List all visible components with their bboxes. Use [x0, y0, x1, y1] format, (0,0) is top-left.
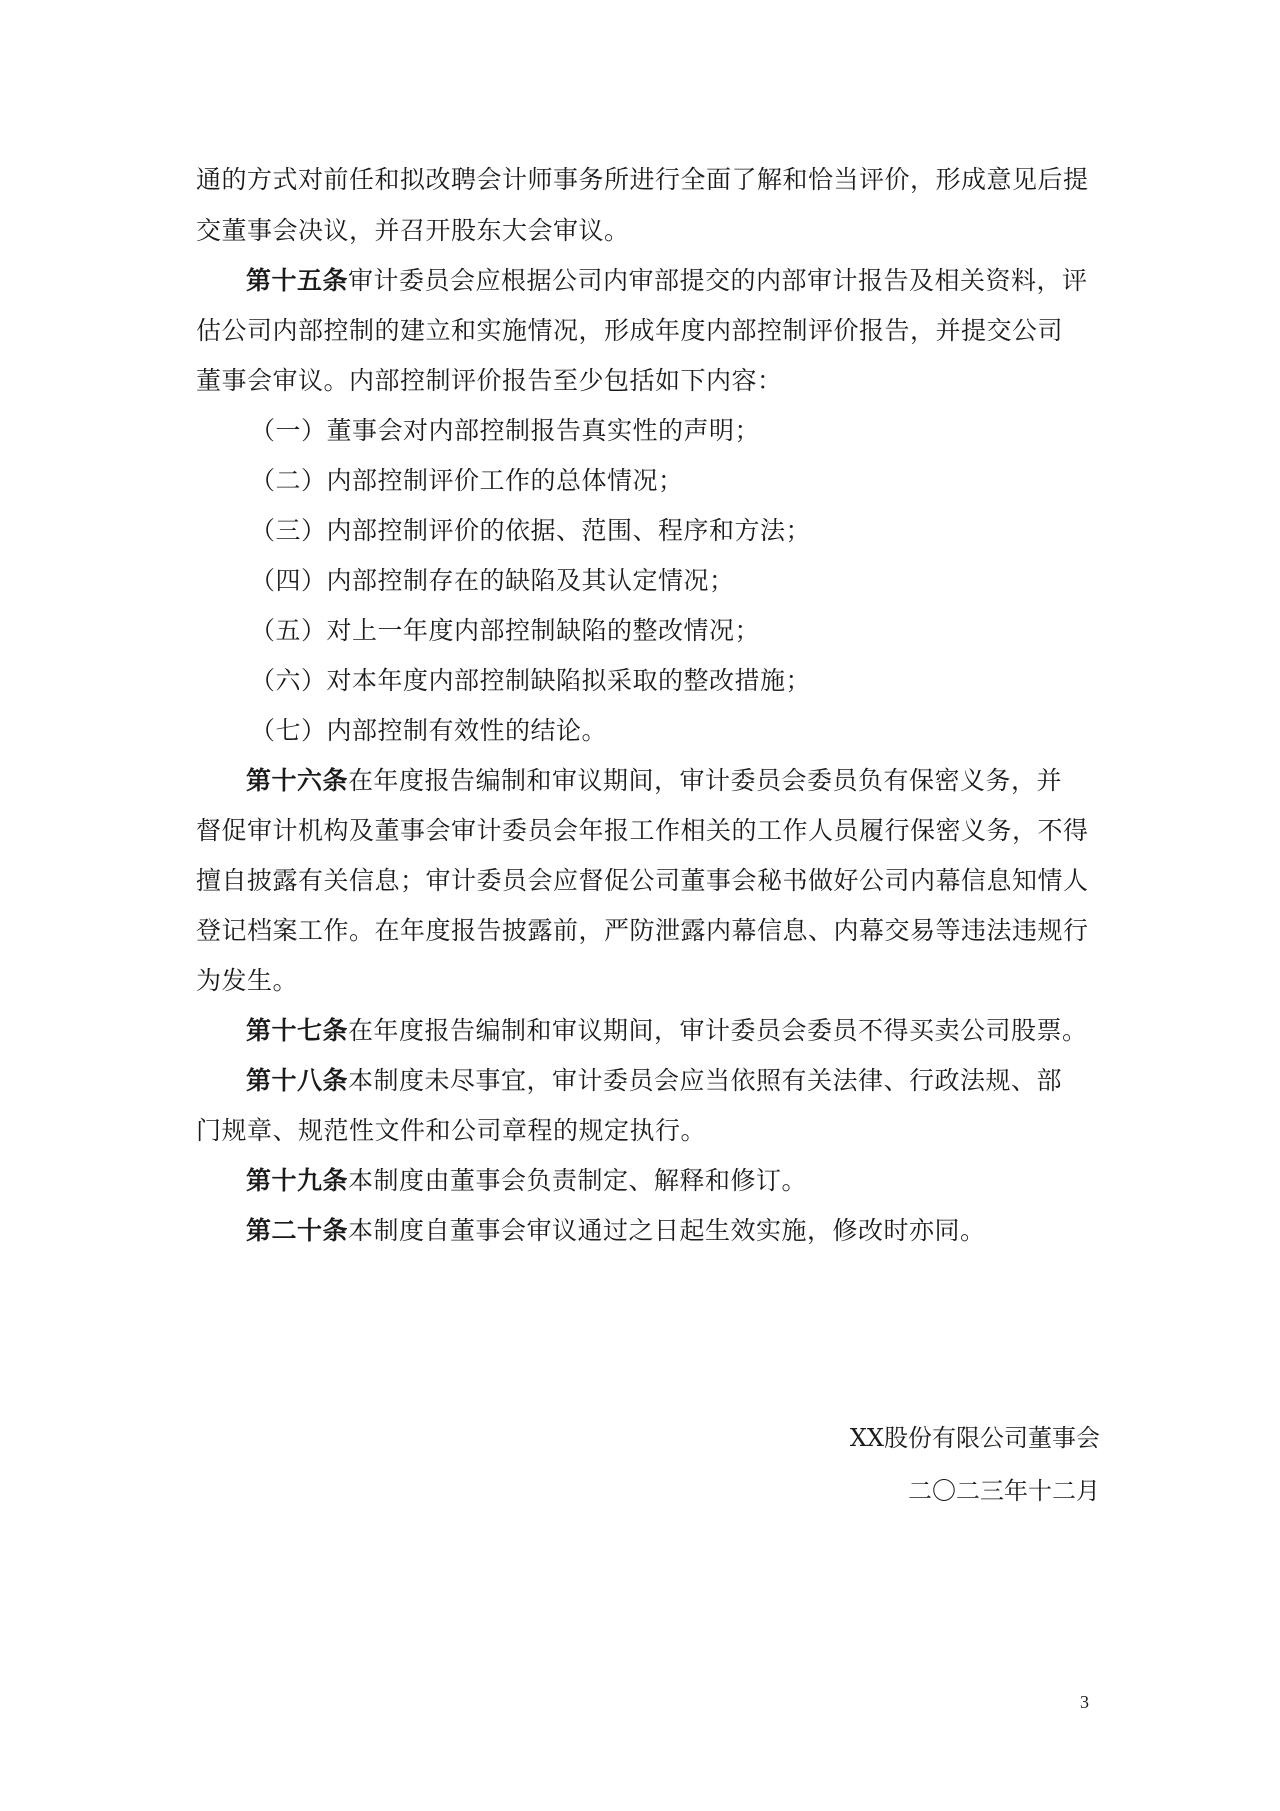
signature-issuer: XX股份有限公司董事会 [850, 1423, 1100, 1453]
text-line: 登记档案工作。在年度报告披露前，严防泄露内幕信息、内幕交易等违法违规行 [196, 916, 1089, 946]
article-18: 第十八条本制度未尽事宜，审计委员会应当依照有关法律、行政法规、部 [246, 1066, 1062, 1096]
article-label: 第十五条 [246, 266, 348, 295]
text-line: 董事会审议。内部控制评价报告至少包括如下内容： [196, 366, 783, 396]
article-16: 第十六条在年度报告编制和审议期间，审计委员会委员负有保密义务，并 [246, 766, 1062, 796]
list-item: （四）内部控制存在的缺陷及其认定情况； [250, 566, 735, 596]
article-label: 第十八条 [246, 1066, 348, 1095]
list-item: （三）内部控制评价的依据、范围、程序和方法； [250, 516, 811, 546]
document-page: 通的方式对前任和拟改聘会计师事务所进行全面了解和恰当评价，形成意见后提 交董事会… [0, 0, 1280, 1811]
text-line: 督促审计机构及董事会审计委员会年报工作相关的工作人员履行保密义务，不得 [196, 816, 1089, 846]
article-17: 第十七条在年度报告编制和审议期间，审计委员会委员不得买卖公司股票。 [246, 1016, 1088, 1046]
list-item: （五）对上一年度内部控制缺陷的整改情况； [250, 616, 760, 646]
page-number: 3 [1080, 1692, 1089, 1713]
text-line: 交董事会决议，并召开股东大会审议。 [196, 216, 630, 246]
text-line: 审计委员会应根据公司内审部提交的内部审计报告及相关资料，评 [348, 266, 1088, 295]
text-line: 估公司内部控制的建立和实施情况，形成年度内部控制评价报告，并提交公司 [196, 316, 1063, 346]
text-line: 为发生。 [196, 966, 298, 996]
article-label: 第二十条 [246, 1216, 348, 1245]
text-line: 门规章、规范性文件和公司章程的规定执行。 [196, 1116, 706, 1146]
text-line: 在年度报告编制和审议期间，审计委员会委员不得买卖公司股票。 [348, 1016, 1088, 1045]
text-line: 本制度自董事会审议通过之日起生效实施，修改时亦同。 [348, 1216, 986, 1245]
signature-date: 二〇二三年十二月 [908, 1476, 1100, 1506]
text-line: 擅自披露有关信息；审计委员会应督促公司董事会秘书做好公司内幕信息知情人 [196, 866, 1089, 896]
text-line: 通的方式对前任和拟改聘会计师事务所进行全面了解和恰当评价，形成意见后提 [196, 165, 1089, 195]
text-line: 在年度报告编制和审议期间，审计委员会委员负有保密义务，并 [348, 766, 1062, 795]
article-15: 第十五条审计委员会应根据公司内审部提交的内部审计报告及相关资料，评 [246, 266, 1088, 296]
article-19: 第十九条本制度由董事会负责制定、解释和修订。 [246, 1166, 807, 1196]
article-label: 第十九条 [246, 1166, 348, 1195]
list-item: （二）内部控制评价工作的总体情况； [250, 466, 684, 496]
list-item: （七）内部控制有效性的结论。 [250, 716, 607, 746]
list-item: （一）董事会对内部控制报告真实性的声明； [250, 416, 760, 446]
article-label: 第十六条 [246, 766, 348, 795]
article-20: 第二十条本制度自董事会审议通过之日起生效实施，修改时亦同。 [246, 1216, 986, 1246]
text-line: 本制度未尽事宜，审计委员会应当依照有关法律、行政法规、部 [348, 1066, 1062, 1095]
list-item: （六）对本年度内部控制缺陷拟采取的整改措施； [250, 666, 811, 696]
article-label: 第十七条 [246, 1016, 348, 1045]
text-line: 本制度由董事会负责制定、解释和修订。 [348, 1166, 807, 1195]
